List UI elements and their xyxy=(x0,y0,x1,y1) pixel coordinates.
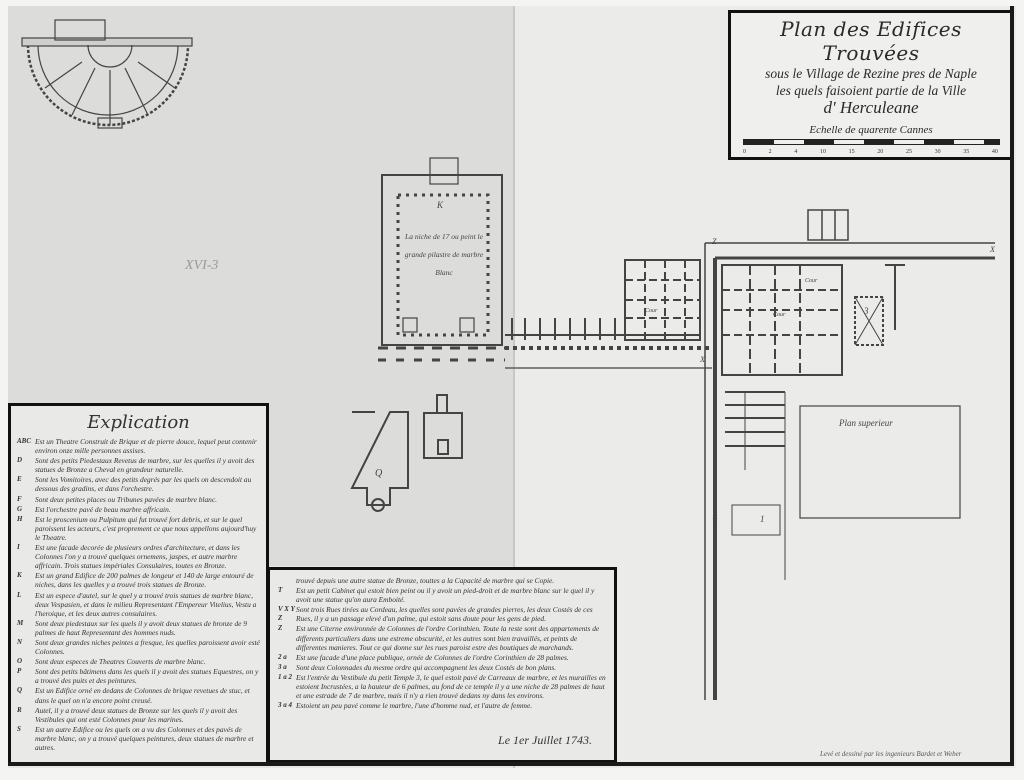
map-frame-border xyxy=(8,6,1014,766)
